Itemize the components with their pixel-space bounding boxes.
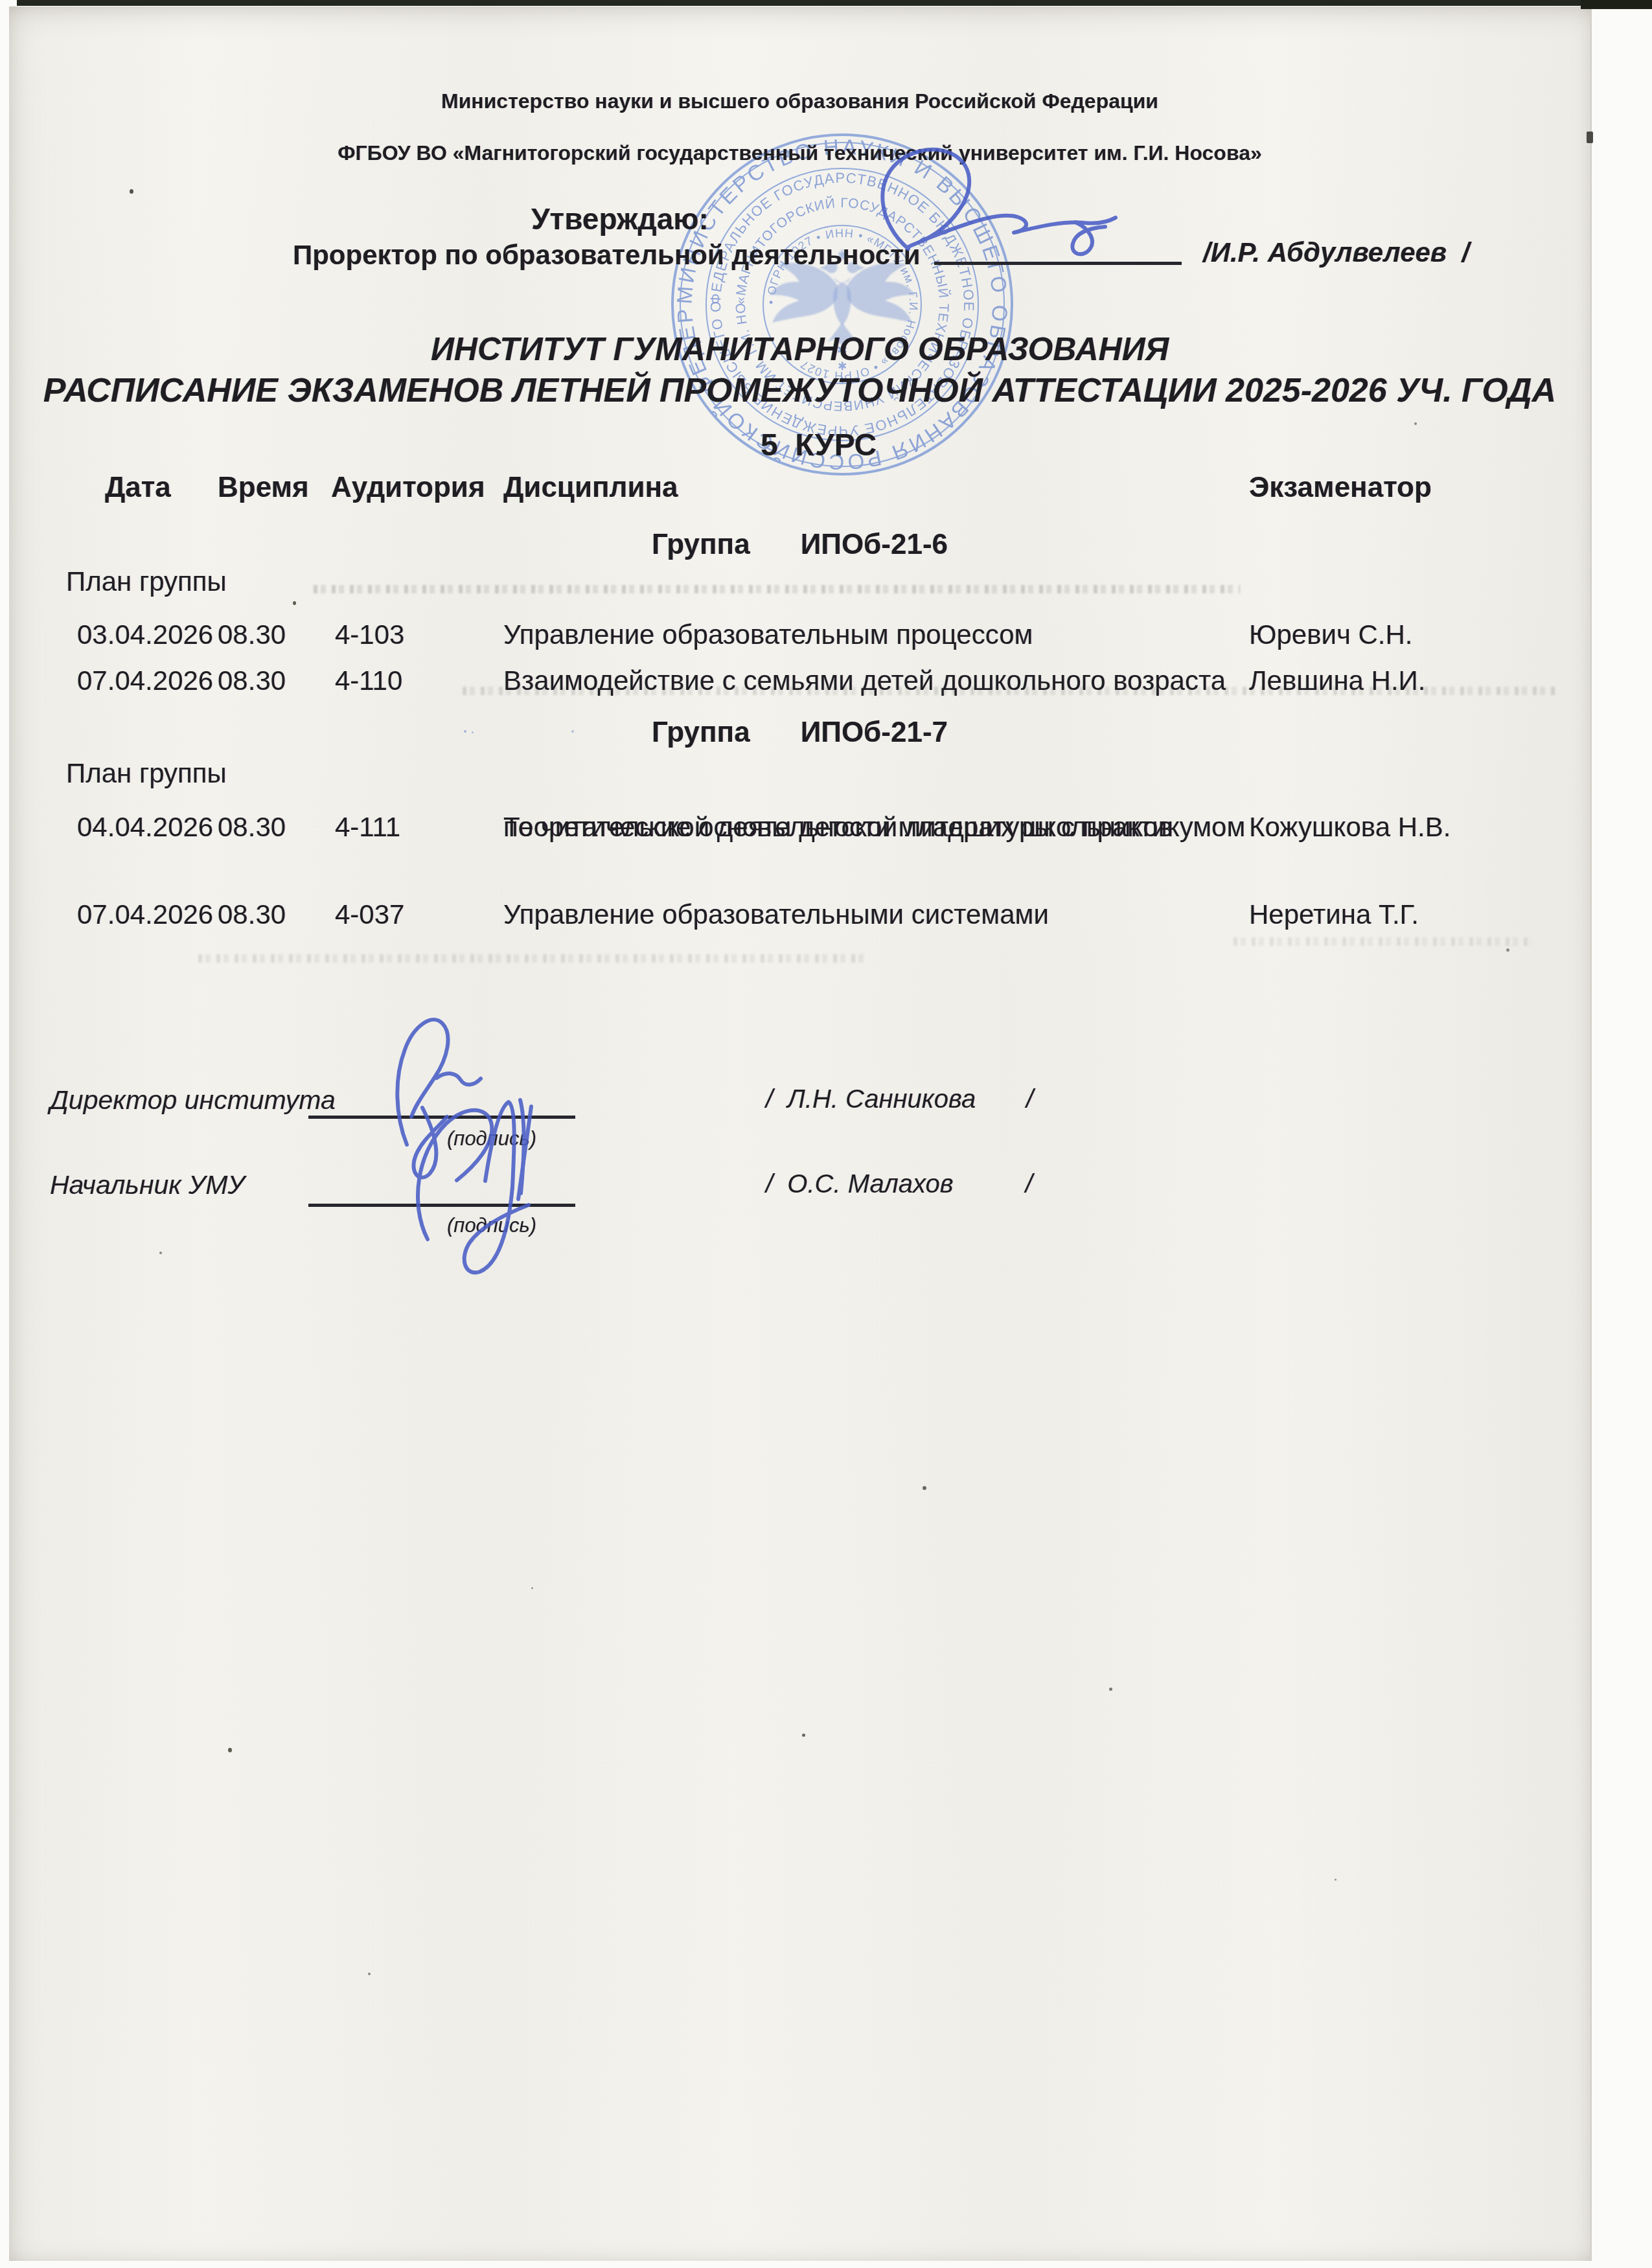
dust-speck — [1506, 948, 1509, 952]
scan-top-edge-artifact — [1581, 0, 1652, 9]
exam-date: 03.04.2026 — [77, 619, 213, 650]
exam-examiner: Кожушкова Н.В. — [1249, 812, 1451, 843]
group-name: ИПОб-21-7 — [801, 716, 948, 749]
dust-speck — [130, 189, 133, 194]
exam-row: 07.04.2026 08.30 4-037 Управление образо… — [9, 899, 1590, 946]
exam-room: 4-110 — [335, 665, 402, 696]
approval-label: Утверждаю: — [531, 201, 709, 236]
column-header-room: Аудитория — [331, 472, 485, 504]
exam-time: 08.30 — [218, 899, 286, 930]
course-title: 5 КУРС — [761, 428, 877, 463]
column-header-examiner: Экзаменатор — [1249, 472, 1432, 504]
dust-speck — [802, 1734, 805, 1737]
exam-discipline: Управление образовательными системами — [503, 899, 1049, 930]
exam-discipline-line2: по читательской деятельности младших шко… — [503, 812, 1173, 843]
group-title: Группа ИПОб-21-7 — [9, 716, 1590, 749]
exam-time: 08.30 — [218, 619, 286, 650]
exam-examiner: Юревич С.Н. — [1249, 619, 1412, 650]
exam-discipline: Взаимодействие с семьями детей дошкольно… — [503, 665, 1226, 696]
exam-date: 07.04.2026 — [77, 665, 213, 696]
signature-line — [308, 1204, 575, 1207]
university-header-line: ФГБОУ ВО «Магнитогорский государственный… — [9, 141, 1590, 165]
exam-examiner: Неретина Т.Г. — [1249, 899, 1419, 930]
exam-time: 08.30 — [218, 665, 286, 696]
exam-time: 08.30 — [218, 812, 286, 843]
dust-speck — [159, 1252, 162, 1254]
signature-caption: (подпись) — [447, 1127, 536, 1151]
signoff-name-umu-head: / О.С. Малахов / — [766, 1170, 1033, 1199]
exam-examiner: Левшина Н.И. — [1249, 665, 1425, 696]
column-header-discipline: Дисциплина — [503, 472, 678, 504]
schedule-title: РАСПИСАНИЕ ЭКЗАМЕНОВ ЛЕТНЕЙ ПРОМЕЖУТОЧНО… — [9, 371, 1590, 410]
group-plan-label: План группы — [66, 566, 227, 597]
group-label: Группа — [652, 716, 750, 749]
signature-caption: (подпись) — [447, 1214, 536, 1237]
exam-row: 07.04.2026 08.30 4-110 Взаимодействие с … — [9, 665, 1590, 712]
dust-speck — [1109, 1688, 1112, 1691]
scanned-document: МИНИСТЕРСТВО НАУКИ И ВЫСШЕГО ОБРАЗОВАНИЯ… — [0, 0, 1652, 2268]
exam-room: 4-103 — [335, 619, 404, 650]
exam-date: 04.04.2026 — [77, 812, 213, 843]
exam-room: 4-111 — [335, 812, 400, 843]
exam-date: 07.04.2026 — [77, 899, 213, 930]
dust-speck — [1414, 422, 1417, 425]
column-header-time: Время — [218, 472, 309, 504]
dust-speck — [923, 1486, 926, 1490]
column-header-date: Дата — [105, 472, 171, 504]
group-plan-label: План группы — [66, 758, 227, 789]
exam-room: 4-037 — [335, 899, 404, 930]
institute-title: ИНСТИТУТ ГУМАНИТАРНОГО ОБРАЗОВАНИЯ — [9, 330, 1590, 368]
bleedthrough-smudge — [198, 954, 866, 963]
scan-top-edge-artifact — [17, 0, 1581, 6]
group-title: Группа ИПОб-21-6 — [9, 529, 1590, 561]
group-label: Группа — [652, 529, 750, 561]
document-page: МИНИСТЕРСТВО НАУКИ И ВЫСШЕГО ОБРАЗОВАНИЯ… — [9, 6, 1592, 2261]
group-name: ИПОб-21-6 — [801, 529, 948, 561]
dust-speck — [1335, 1879, 1337, 1881]
signoff-name-director: / Л.Н. Санникова / — [766, 1085, 1033, 1114]
dust-speck — [531, 1587, 533, 1589]
approver-name: /И.Р. Абдулвелеев / — [1203, 237, 1469, 268]
exam-row: 03.04.2026 08.30 4-103 Управление образо… — [9, 619, 1590, 666]
exam-row: 04.04.2026 08.30 4-111 Теоретические осн… — [9, 812, 1590, 858]
signoff-role-umu-head: Начальник УМУ — [50, 1170, 245, 1200]
dust-speck — [368, 1973, 371, 1975]
approver-role: Проректор по образовательной деятельност… — [293, 240, 921, 271]
signoff-role-director: Директор института — [50, 1085, 336, 1116]
bleedthrough-smudge — [314, 585, 1240, 593]
dust-speck — [228, 1748, 232, 1752]
exam-discipline: Управление образовательным процессом — [503, 619, 1033, 650]
signature-line — [308, 1116, 575, 1119]
approver-signature-line — [934, 262, 1182, 265]
dust-speck — [293, 601, 296, 605]
ministry-header-line: Министерство науки и высшего образования… — [9, 89, 1590, 113]
